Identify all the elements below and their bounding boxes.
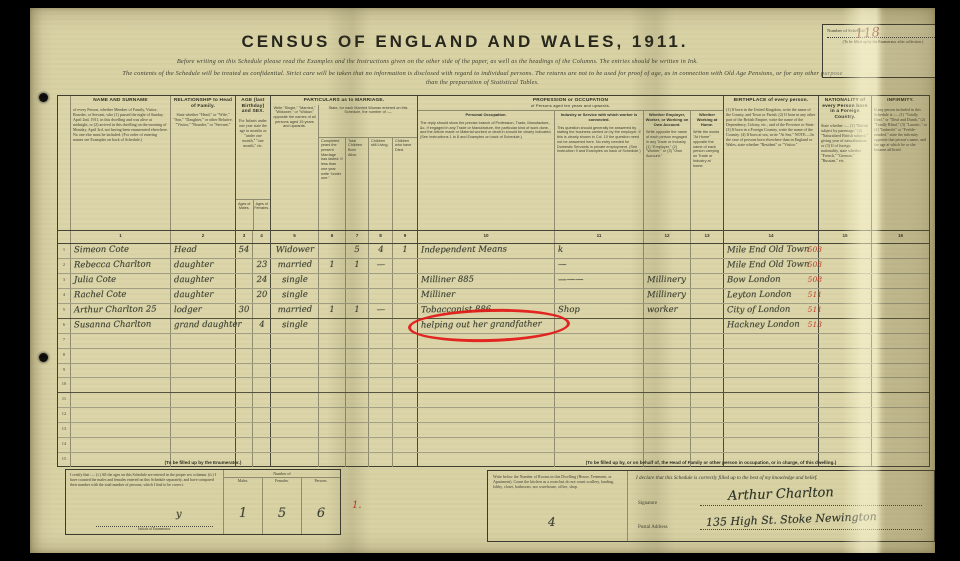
handwritten-employer: worker <box>647 305 678 315</box>
handwritten-born: 1 <box>354 305 360 315</box>
handwritten-rel: daughter <box>174 290 214 300</box>
cell-marital-row-12 <box>271 408 319 422</box>
cell-age_m-row-6 <box>236 319 253 333</box>
signature-label: Signature <box>638 501 700 506</box>
cell-name-row-10 <box>71 378 171 392</box>
cell-birthplace-row-5: City of London511 <box>724 304 819 318</box>
cell-name-row-7 <box>71 334 171 348</box>
cell-years-row-12 <box>319 408 346 422</box>
red-registrar-code: 511 <box>808 305 822 314</box>
cell-born-row-1: 5 <box>346 244 369 258</box>
cell-name-row-3: Julia Cote <box>71 274 171 288</box>
cell-industry-row-4 <box>555 289 644 303</box>
schedule-number-value: 118 <box>855 21 935 42</box>
handwritten-marital: married <box>277 260 312 271</box>
cell-infirmity-row-4 <box>872 289 929 303</box>
header-personal-occupation-body: The reply should show the precise branch… <box>418 120 554 230</box>
census-table: NAME AND SURNAME of every Person, whethe… <box>57 95 930 467</box>
cell-employer-row-9 <box>644 364 691 378</box>
header-personal-occupation-label: Personal Occupation. <box>418 111 554 120</box>
column-number-2: 2 <box>171 231 236 243</box>
cell-born-row-13 <box>346 423 369 437</box>
cell-age_f-row-13 <box>253 423 271 437</box>
cell-age_f-row-6: 4 <box>253 319 271 333</box>
cell-living-row-5: — <box>369 304 393 318</box>
table-row-1: 1Simeon CoteHead54Widower541Independent … <box>58 244 929 259</box>
column-number-9: 9 <box>393 231 418 243</box>
cell-birthplace-row-4: Leyton London511 <box>724 289 819 303</box>
cell-rel-row-3: daughter <box>171 274 236 288</box>
cell-occupation-row-4: Milliner <box>418 289 555 303</box>
cell-industry-row-8 <box>555 349 644 363</box>
table-row-7: 7 <box>58 334 929 349</box>
handwritten-industry: k <box>558 245 563 255</box>
enumerator-cert-text: I certify that :— (i.) All the ages on t… <box>70 473 216 487</box>
cell-age_f-row-9 <box>253 364 271 378</box>
handwritten-rel: Head <box>174 245 197 255</box>
cell-employer-row-1 <box>644 244 691 258</box>
cell-birthplace-row-14 <box>724 438 819 452</box>
cell-living-row-14 <box>369 438 393 452</box>
handwritten-age_f: 4 <box>259 320 265 330</box>
red-registrar-code: 508 <box>808 275 822 284</box>
cell-nationality-row-4 <box>819 289 872 303</box>
header-marriage-title: PARTICULARS as to MARRIAGE. <box>271 96 417 105</box>
cell-employer-row-6 <box>644 319 691 333</box>
handwritten-employer: Millinery <box>647 290 686 300</box>
cell-nationality-row-11 <box>819 393 872 407</box>
column-number-13: 13 <box>691 231 724 243</box>
cell-name-row-2: Rebecca Charlton <box>71 259 171 273</box>
cell-age_m-row-14 <box>236 438 253 452</box>
cell-years-row-8 <box>319 349 346 363</box>
cell-age_f-row-3: 24 <box>253 274 271 288</box>
cell-at_home-row-2 <box>691 259 724 273</box>
cell-nationality-row-2 <box>819 259 872 273</box>
cell-occupation-row-10 <box>418 378 555 392</box>
cell-industry-row-3: ——— <box>555 274 644 288</box>
cell-employer-row-13 <box>644 423 691 437</box>
cell-age_m-row-10 <box>236 378 253 392</box>
handwritten-age_m: 54 <box>238 245 249 255</box>
table-row-10: 10 <box>58 378 929 393</box>
header-children-died: Children who have Died. <box>393 138 417 230</box>
cell-living-row-1: 4 <box>369 244 393 258</box>
header-marriage-note: State, for each Married Woman entered on… <box>319 105 417 137</box>
column-number-10: 10 <box>418 231 555 243</box>
cell-living-row-9 <box>369 364 393 378</box>
cell-name-row-14 <box>71 438 171 452</box>
cell-age_m-row-13 <box>236 423 253 437</box>
row-number: 10 <box>58 378 71 392</box>
cell-industry-row-2: — <box>555 259 644 273</box>
column-number-6: 6 <box>319 231 346 243</box>
cell-infirmity-row-11 <box>872 393 929 407</box>
cell-rel-row-12 <box>171 408 236 422</box>
column-numbers-row: 12345678910111213141516 <box>58 231 929 244</box>
cell-name-row-12 <box>71 408 171 422</box>
header-at-home-label: Whether Working at Home. <box>691 111 723 129</box>
cell-died-row-10 <box>393 378 418 392</box>
row-number: 3 <box>58 274 71 288</box>
cell-died-row-4 <box>393 289 418 303</box>
cell-age_m-row-2 <box>236 259 253 273</box>
cell-living-row-12 <box>369 408 393 422</box>
cell-marital-row-3: single <box>271 274 319 288</box>
header-industry-body: This question should generally be answer… <box>555 125 643 230</box>
handwritten-age_f: 20 <box>256 290 267 300</box>
cell-infirmity-row-10 <box>872 378 929 392</box>
cell-employer-row-12 <box>644 408 691 422</box>
header-name: NAME AND SURNAME of every Person, whethe… <box>71 96 171 230</box>
cell-age_m-row-1: 54 <box>236 244 253 258</box>
cell-age_f-row-14 <box>253 438 271 452</box>
cell-employer-row-8 <box>644 349 691 363</box>
cell-born-row-15 <box>346 453 369 467</box>
handwritten-years: 1 <box>329 260 335 270</box>
cell-age_f-row-1 <box>253 244 271 258</box>
column-number-14: 14 <box>724 231 819 243</box>
females-total-cell: 5 <box>263 506 302 534</box>
cell-born-row-7 <box>346 334 369 348</box>
table-row-9: 9 <box>58 364 929 379</box>
cell-industry-row-12 <box>555 408 644 422</box>
column-number-8: 8 <box>369 231 393 243</box>
cell-employer-row-2 <box>644 259 691 273</box>
header-marriage: PARTICULARS as to MARRIAGE. Write "Singl… <box>271 96 418 230</box>
table-row-3: 3Julia Cotedaughter24singleMilliner 885—… <box>58 274 929 289</box>
handwritten-occupation: Milliner 885 <box>421 275 474 286</box>
table-row-12: 12 <box>58 408 929 423</box>
header-employer-body: Write opposite the name of each person e… <box>644 129 690 230</box>
page-title: CENSUS OF ENGLAND AND WALES, 1911. <box>30 32 900 52</box>
table-row-14: 14 <box>58 438 929 453</box>
handwritten-industry: ——— <box>558 275 584 285</box>
cell-age_m-row-4 <box>236 289 253 303</box>
cell-age_m-row-9 <box>236 364 253 378</box>
cell-employer-row-14 <box>644 438 691 452</box>
cell-years-row-10 <box>319 378 346 392</box>
cell-infirmity-row-3 <box>872 274 929 288</box>
cell-infirmity-row-7 <box>872 334 929 348</box>
cell-died-row-12 <box>393 408 418 422</box>
cell-name-row-11 <box>71 393 171 407</box>
cell-died-row-2 <box>393 259 418 273</box>
cell-years-row-11 <box>319 393 346 407</box>
cell-name-row-13 <box>71 423 171 437</box>
handwritten-birthplace: Mile End Old Town <box>727 245 810 256</box>
cell-occupation-row-9 <box>418 364 555 378</box>
cell-born-row-10 <box>346 378 369 392</box>
cell-occupation-row-1: Independent Means <box>418 244 555 258</box>
header-at-home-body: Write the words "At Home" opposite the n… <box>691 129 723 230</box>
table-header: NAME AND SURNAME of every Person, whethe… <box>58 96 929 231</box>
row-number: 14 <box>58 438 71 452</box>
cell-died-row-8 <box>393 349 418 363</box>
column-number-3: 3 <box>236 231 253 243</box>
header-marriage-years: Completed years the present Marriage has… <box>319 138 345 230</box>
cell-nationality-row-6 <box>819 319 872 333</box>
handwritten-rel: daughter <box>174 275 214 285</box>
header-relationship-title: RELATIONSHIP to Head of Family. <box>171 96 235 110</box>
cell-nationality-row-1 <box>819 244 872 258</box>
cell-industry-row-13 <box>555 423 644 437</box>
females-total-value: 5 <box>278 506 286 521</box>
cell-rel-row-11 <box>171 393 236 407</box>
header-industry-label: Industry or Service with which worker is… <box>555 111 643 125</box>
cell-birthplace-row-6: Hackney London513 <box>724 319 819 333</box>
enumerator-certification: I certify that :— (i.) All the ages on t… <box>66 470 224 534</box>
handwritten-rel: daughter <box>174 260 214 270</box>
column-number-4: 4 <box>253 231 271 243</box>
header-rownum <box>58 96 71 230</box>
row-number: 6 <box>58 319 71 333</box>
column-number-16: 16 <box>872 231 929 243</box>
cell-industry-row-1: k <box>555 244 644 258</box>
cell-infirmity-row-13 <box>872 423 929 437</box>
cell-living-row-11 <box>369 393 393 407</box>
cell-rel-row-13 <box>171 423 236 437</box>
handwritten-name: Rachel Cote <box>74 290 127 301</box>
persons-column-label: Persons. <box>302 478 340 506</box>
cell-rel-row-14 <box>171 438 236 452</box>
cell-infirmity-row-14 <box>872 438 929 452</box>
cell-born-row-5: 1 <box>346 304 369 318</box>
cell-at_home-row-9 <box>691 364 724 378</box>
cell-born-row-9 <box>346 364 369 378</box>
red-registrar-code: 503 <box>808 245 822 254</box>
cell-employer-row-3: Millinery <box>644 274 691 288</box>
cell-industry-row-9 <box>555 364 644 378</box>
schedule-number-subtext: (To be filled up by the Enumerator after… <box>827 40 935 45</box>
cell-marital-row-6: single <box>271 319 319 333</box>
handwritten-living: 4 <box>378 245 384 255</box>
header-infirmity: INFIRMITY. If any person included in thi… <box>872 96 929 230</box>
cell-rel-row-6: grand daughter <box>171 319 236 333</box>
cell-living-row-6 <box>369 319 393 333</box>
cell-years-row-3 <box>319 274 346 288</box>
rooms-box-text: Write below the Number of Rooms in this … <box>493 474 614 489</box>
header-birthplace: BIRTHPLACE of every person. (1) If born … <box>724 96 819 230</box>
red-annotation-mark: 1. <box>352 500 362 511</box>
cell-name-row-1: Simeon Cote <box>71 244 171 258</box>
cell-name-row-5: Arthur Charlton 25 <box>71 304 171 318</box>
header-occupation: PROFESSION or OCCUPATION of Persons aged… <box>418 96 724 230</box>
handwritten-occupation: Independent Means <box>421 245 507 256</box>
postal-address-value: 135 High St. Stoke Newington <box>706 510 877 529</box>
cell-birthplace-row-11 <box>724 393 819 407</box>
cell-nationality-row-13 <box>819 423 872 437</box>
cell-at_home-row-6 <box>691 319 724 333</box>
cell-at_home-row-13 <box>691 423 724 437</box>
cell-name-row-4: Rachel Cote <box>71 289 171 303</box>
handwritten-living: — <box>376 305 385 315</box>
column-number-1: 1 <box>71 231 171 243</box>
cell-born-row-4 <box>346 289 369 303</box>
row-number: 13 <box>58 423 71 437</box>
cell-marital-row-1: Widower <box>271 244 319 258</box>
handwritten-occupation: Tobacconist 886 <box>421 304 491 315</box>
cell-rel-row-7 <box>171 334 236 348</box>
table-row-11: 11 <box>58 393 929 408</box>
cell-occupation-row-11 <box>418 393 555 407</box>
cell-birthplace-row-2: Mile End Old Town503 <box>724 259 819 273</box>
rooms-box: Write below the Number of Rooms in this … <box>488 471 628 541</box>
cell-died-row-5 <box>393 304 418 318</box>
cell-rel-row-8 <box>171 349 236 363</box>
cell-birthplace-row-13 <box>724 423 819 437</box>
cell-at_home-row-1 <box>691 244 724 258</box>
cell-marital-row-5: married <box>271 304 319 318</box>
cell-infirmity-row-6 <box>872 319 929 333</box>
handwritten-name: Rebecca Charlton <box>74 260 151 271</box>
handwritten-born: 1 <box>354 260 360 270</box>
cell-years-row-7 <box>319 334 346 348</box>
table-row-4: 4Rachel Cotedaughter20singleMillinerMill… <box>58 289 929 304</box>
cell-years-row-13 <box>319 423 346 437</box>
cell-living-row-10 <box>369 378 393 392</box>
cell-at_home-row-11 <box>691 393 724 407</box>
header-age-females: Ages of Females. <box>254 200 271 230</box>
cell-infirmity-row-2 <box>872 259 929 273</box>
persons-total-value: 6 <box>317 506 325 521</box>
cell-years-row-5: 1 <box>319 304 346 318</box>
persons-total-cell: 6 <box>302 506 340 534</box>
instruction-line-2: The contents of the Schedule will be tre… <box>64 70 901 77</box>
cell-at_home-row-14 <box>691 438 724 452</box>
cell-at_home-row-4 <box>691 289 724 303</box>
declaration-box-header: (To be filled up by, or on behalf of, th… <box>487 460 935 465</box>
cell-age_m-row-7 <box>236 334 253 348</box>
cell-birthplace-row-1: Mile End Old Town503 <box>724 244 819 258</box>
row-number: 7 <box>58 334 71 348</box>
handwritten-name: Arthur Charlton 25 <box>74 304 157 315</box>
males-column-label: Males. <box>224 478 263 506</box>
cell-died-row-14 <box>393 438 418 452</box>
enumerator-box: I certify that :— (i.) All the ages on t… <box>65 469 341 535</box>
cell-marital-row-9 <box>271 364 319 378</box>
cell-rel-row-4: daughter <box>171 289 236 303</box>
handwritten-birthplace: Bow London <box>727 275 781 286</box>
handwritten-industry: — <box>558 260 567 270</box>
cell-birthplace-row-3: Bow London508 <box>724 274 819 288</box>
cell-at_home-row-8 <box>691 349 724 363</box>
column-number-5: 5 <box>271 231 319 243</box>
handwritten-name: Susanna Charlton <box>74 319 151 330</box>
cell-years-row-6 <box>319 319 346 333</box>
cell-occupation-row-14 <box>418 438 555 452</box>
cell-living-row-4 <box>369 289 393 303</box>
column-number-blank <box>58 231 71 243</box>
header-marriage-status: Write "Single," "Married," "Widower," or… <box>271 105 318 230</box>
cell-marital-row-11 <box>271 393 319 407</box>
header-age: AGE (last Birthday) and SEX. For Infants… <box>236 96 271 230</box>
cell-age_m-row-3 <box>236 274 253 288</box>
cell-infirmity-row-9 <box>872 364 929 378</box>
red-registrar-code: 511 <box>808 290 822 299</box>
cell-infirmity-row-12 <box>872 408 929 422</box>
cell-marital-row-14 <box>271 438 319 452</box>
cell-age_m-row-12 <box>236 408 253 422</box>
males-total-cell: 1 <box>224 506 263 534</box>
cell-born-row-3 <box>346 274 369 288</box>
enumerator-totals-table: Number of Males. Females. Persons. 1 5 6 <box>224 470 340 534</box>
handwritten-marital: Widower <box>275 245 313 256</box>
row-number: 2 <box>58 259 71 273</box>
cell-living-row-3 <box>369 274 393 288</box>
column-number-7: 7 <box>346 231 369 243</box>
cell-died-row-7 <box>393 334 418 348</box>
cell-industry-row-7 <box>555 334 644 348</box>
header-birthplace-body: (1) If born in the United Kingdom, write… <box>724 105 818 230</box>
row-number: 8 <box>58 349 71 363</box>
cell-age_m-row-11 <box>236 393 253 407</box>
handwritten-rel: lodger <box>174 305 202 315</box>
cell-infirmity-row-8 <box>872 349 929 363</box>
cell-years-row-14 <box>319 438 346 452</box>
cell-at_home-row-3 <box>691 274 724 288</box>
cell-occupation-row-8 <box>418 349 555 363</box>
header-age-body: For Infants under one year state the age… <box>236 116 270 199</box>
enumerator-initials-value: y <box>176 508 182 521</box>
cell-nationality-row-7 <box>819 334 872 348</box>
enumerator-totals-label: Number of <box>224 470 340 478</box>
header-nationality: NATIONALITY of every Person born in a Fo… <box>819 96 872 230</box>
cell-born-row-12 <box>346 408 369 422</box>
handwritten-birthplace: Hackney London <box>727 319 800 330</box>
handwritten-marital: married <box>277 304 312 315</box>
cell-died-row-11 <box>393 393 418 407</box>
table-row-13: 13 <box>58 423 929 438</box>
cell-infirmity-row-5 <box>872 304 929 318</box>
cell-employer-row-11 <box>644 393 691 407</box>
cell-nationality-row-8 <box>819 349 872 363</box>
header-nationality-title: NATIONALITY of every Person born in a Fo… <box>819 96 871 121</box>
column-number-15: 15 <box>819 231 872 243</box>
cell-age_f-row-12 <box>253 408 271 422</box>
cell-age_f-row-2: 23 <box>253 259 271 273</box>
cell-name-row-6: Susanna Charlton <box>71 319 171 333</box>
cell-birthplace-row-12 <box>724 408 819 422</box>
handwritten-marital: single <box>282 275 308 285</box>
cell-occupation-row-6: helping out her grandfather <box>418 319 555 333</box>
handwritten-industry: Shop <box>558 305 580 315</box>
handwritten-birthplace: Leyton London <box>727 289 792 300</box>
table-row-6: 6Susanna Charltongrand daughter4singlehe… <box>58 319 929 334</box>
instruction-line-3: than the preparation of Statistical Tabl… <box>64 79 901 86</box>
cell-at_home-row-12 <box>691 408 724 422</box>
header-name-body: of every Person, whether Member of Famil… <box>71 105 170 230</box>
cell-born-row-8 <box>346 349 369 363</box>
handwritten-employer: Millinery <box>647 275 686 285</box>
cell-birthplace-row-7 <box>724 334 819 348</box>
row-number: 9 <box>58 364 71 378</box>
cell-age_m-row-8 <box>236 349 253 363</box>
cell-born-row-11 <box>346 393 369 407</box>
red-registrar-code: 513 <box>808 320 822 329</box>
males-total-value: 1 <box>239 506 247 521</box>
header-children-living: Children still Living. <box>369 138 392 230</box>
cell-age_f-row-7 <box>253 334 271 348</box>
cell-born-row-6 <box>346 319 369 333</box>
cell-living-row-2: — <box>369 259 393 273</box>
cell-birthplace-row-8 <box>724 349 819 363</box>
declaration-text: I declare that this Schedule is correctl… <box>636 475 926 481</box>
cell-occupation-row-7 <box>418 334 555 348</box>
cell-marital-row-8 <box>271 349 319 363</box>
cell-marital-row-13 <box>271 423 319 437</box>
cell-name-row-8 <box>71 349 171 363</box>
